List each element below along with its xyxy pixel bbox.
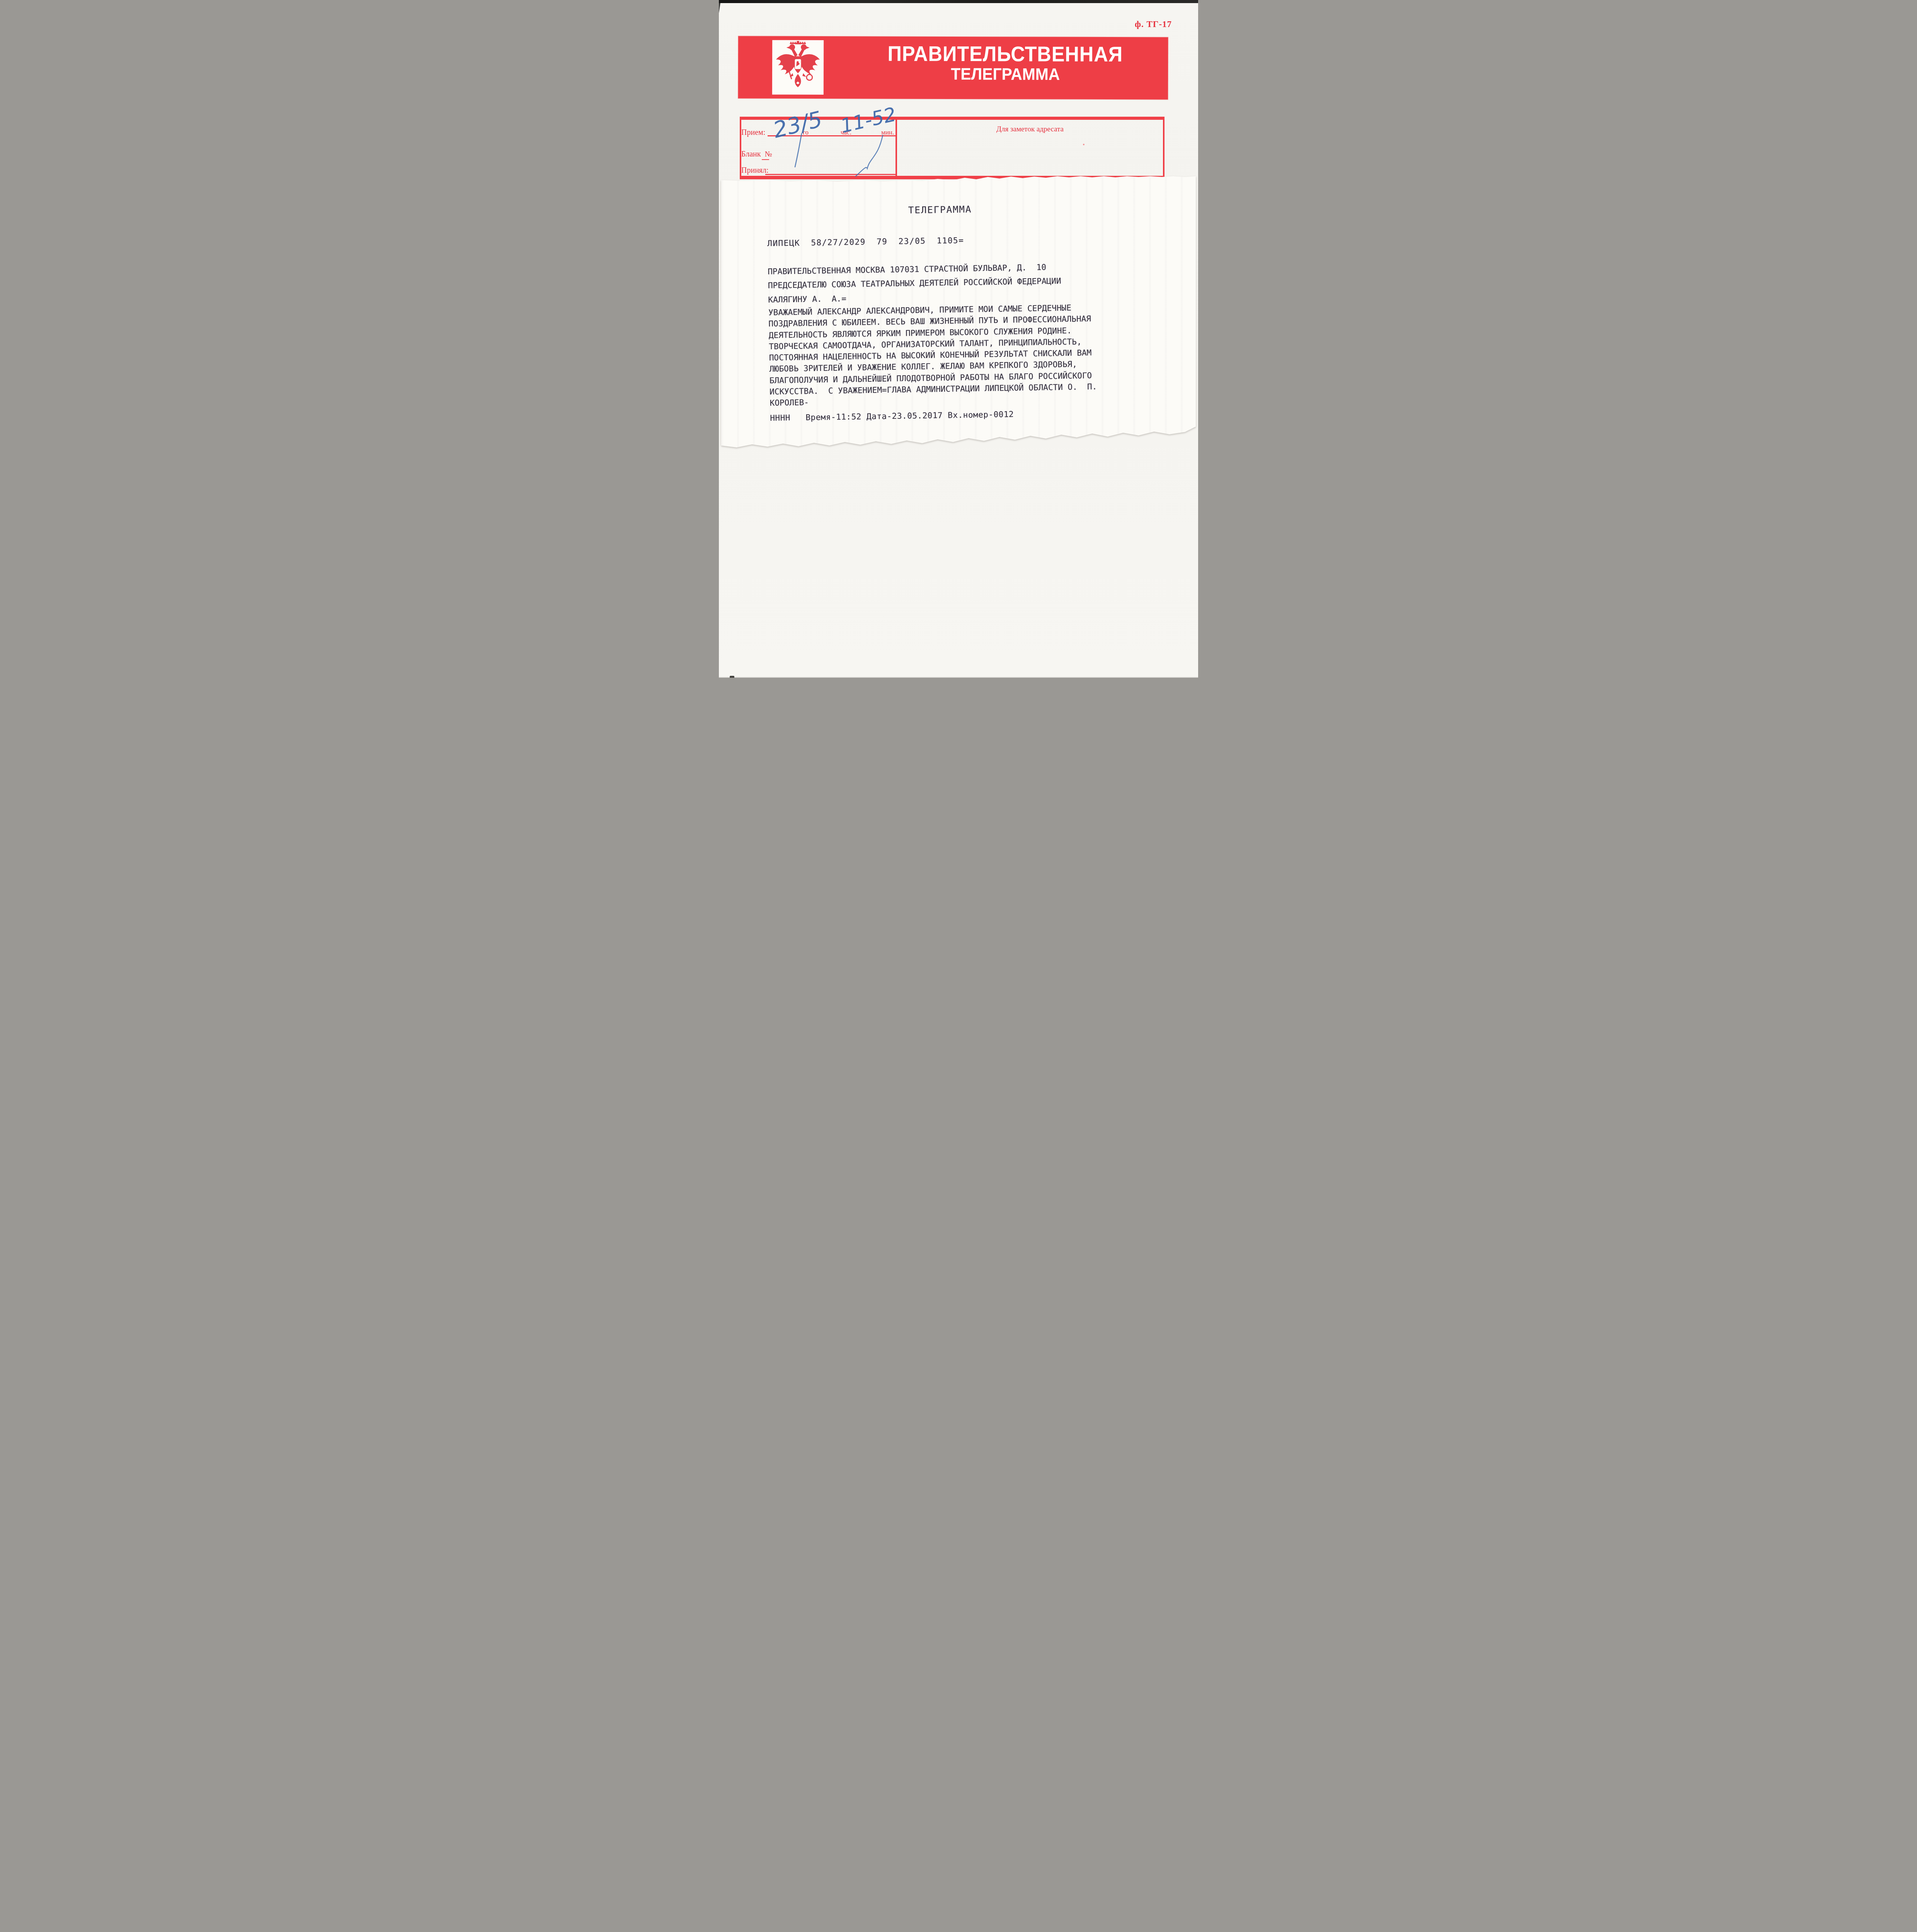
- scanner-corner-sliver: [719, 3, 720, 13]
- scanner-bottom-edge: [719, 677, 1198, 678]
- scanner-top-edge: [719, 0, 1198, 3]
- typed-text-layer: ТЕЛЕГРАММА ЛИПЕЦК 58/27/2029 79 23/05 11…: [719, 165, 1198, 449]
- banner-text: ПРАВИТЕЛЬСТВЕННАЯ ТЕЛЕГРАММА: [846, 43, 1164, 83]
- double-headed-eagle-icon: [772, 40, 824, 95]
- emblem-box: [772, 40, 824, 95]
- notes-header: Для заметок адресата: [897, 125, 1163, 134]
- red-speck: [1083, 144, 1084, 145]
- telegram-title: ТЕЛЕГРАММА: [908, 204, 972, 216]
- banner-title: ПРАВИТЕЛЬСТВЕННАЯ: [888, 43, 1123, 65]
- scanner-bottom-mark: [730, 676, 734, 678]
- telegram-header-line: ЛИПЕЦК 58/27/2029 79 23/05 1105=: [767, 236, 964, 248]
- telegram-scan-page: ф. ТГ-17: [719, 0, 1198, 678]
- form-code: ф. ТГ-17: [1135, 19, 1172, 29]
- telegram-body-block: УВАЖАЕМЫЙ АЛЕКСАНДР АЛЕКСАНДРОВИЧ, ПРИМИ…: [768, 302, 1097, 409]
- min-label: мин.: [881, 129, 894, 136]
- priem-label: Прием:: [741, 128, 765, 137]
- blank-label: Бланк №: [741, 150, 772, 158]
- telegram-sheet: ТЕЛЕГРАММА ЛИПЕЦК 58/27/2029 79 23/05 11…: [721, 172, 1196, 448]
- blank-underline: [762, 159, 769, 160]
- banner: ПРАВИТЕЛЬСТВЕННАЯ ТЕЛЕГРАММА: [738, 36, 1168, 100]
- telegram-address-block: ПРАВИТЕЛЬСТВЕННАЯ МОСКВА 107031 СТРАСТНО…: [768, 260, 1061, 307]
- telegram-footer-line: НННН Время-11:52 Дата-23.05.2017 Вх.номе…: [770, 410, 1014, 423]
- banner-subtitle: ТЕЛЕГРАММА: [951, 65, 1060, 83]
